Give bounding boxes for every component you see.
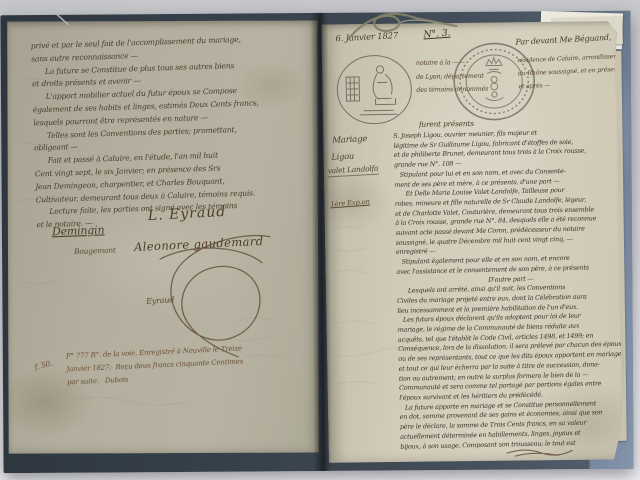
contract-body-text: S. Joseph Ligou, ouvrier meunier, fils m… [393, 127, 626, 452]
margin-note-valet-landolfa: valet Landolfa [328, 165, 379, 178]
register-book-cover: privé et par le seul fait de l'accomplis… [0, 11, 633, 473]
loose-thread [44, 5, 74, 27]
margin-note-mariage: Mariage [332, 135, 367, 145]
notary-heading: Par devant Me Béguand, [515, 34, 611, 47]
pictorial-tax-stamp-icon [333, 52, 416, 127]
furent-presents-line: furent présents [419, 120, 474, 128]
margin-note-premiere-expedition: 1ère Exp.on [330, 199, 370, 209]
photo-backdrop: privé et par le seul fait de l'accomplis… [0, 0, 640, 480]
deed-closing-paragraphs: privé et par le seul fait de l'accomplis… [31, 32, 315, 233]
manuscript-line: des témoins dénommés [416, 82, 516, 97]
signature-eyraud-notaire: L. Eyraud [148, 205, 227, 223]
notary-residence-lines: résidence de Caluire, arrondissementdu R… [517, 50, 619, 93]
end-of-page-flourish [505, 444, 575, 459]
signature-demingin: Demingin [52, 224, 105, 237]
margin-note-ligou: Ligou [331, 152, 354, 161]
registration-fee-margin-note: f. 50. [34, 359, 53, 371]
notary-left-fragments: notaire à la ——de Lyon; départementdes t… [416, 55, 517, 97]
left-page: privé et par le seul fait de l'accomplis… [7, 21, 319, 454]
registration-note: F° 777 R°. de la voie, Enregistré à Neuv… [66, 340, 308, 390]
signature-bougemont: Bougemont [74, 247, 116, 256]
twine-knot-icon [340, 4, 470, 47]
right-page: 6. Janvier 1827 N°. 3. [321, 19, 626, 464]
